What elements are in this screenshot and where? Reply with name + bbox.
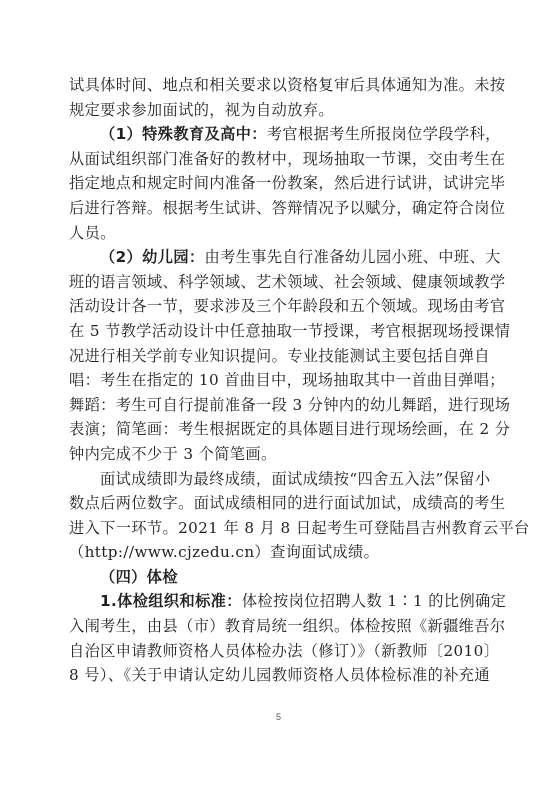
paragraph-interview-notice: 试具体时间、地点和相关要求以资格复审后具体通知为准。未按 规定要求参加面试的，视… xyxy=(69,73,489,122)
paragraph-physical-exam-standards: 1.体检组织和标准：体检按岗位招聘人数 1∶1 的比例确定 入闱考生，由县（市）… xyxy=(69,589,489,687)
text-line: 指定地点和规定时间内准备一份教案，然后进行试讲，试讲完毕 xyxy=(69,171,489,196)
text-line: 面试成绩即为最终成绩，面试成绩按“四舍五入法”保留小 xyxy=(69,467,489,492)
text-line: 数点后两位数字。面试成绩相同的进行面试加试，成绩高的考生 xyxy=(69,491,489,516)
text-line: 8 号）、《关于申请认定幼儿园教师资格人员体检标准的补充通 xyxy=(69,663,489,688)
text-line: 况进行相关学前专业知识提问。专业技能测试主要包括自弹自 xyxy=(69,344,489,369)
page-number: 5 xyxy=(0,712,557,722)
text-line: （1）特殊教育及高中：考官根据考生所报岗位学段学科， xyxy=(69,122,489,147)
text-span: 考官根据考生所报岗位学段学科， xyxy=(267,125,501,143)
text-line: 舞蹈：考生可自行提前准备一段 3 分钟内的幼儿舞蹈，进行现场 xyxy=(69,393,489,418)
paragraph-kindergarten: （2）幼儿园：由考生事先自行准备幼儿园小班、中班、大 班的语言领域、科学领域、艺… xyxy=(69,245,489,466)
text-line: 在 5 节教学活动设计中任意抽取一节授课，考官根据现场授课情 xyxy=(69,319,489,344)
text-line: （http://www.cjzedu.cn）查询面试成绩。 xyxy=(69,540,489,565)
text-line: （2）幼儿园：由考生事先自行准备幼儿园小班、中班、大 xyxy=(69,245,489,270)
section-heading: （2）幼儿园： xyxy=(100,248,205,266)
text-line: 试具体时间、地点和相关要求以资格复审后具体通知为准。未按 xyxy=(69,73,489,98)
text-span: 体检按岗位招聘人数 1∶1 的比例确定 xyxy=(242,592,506,610)
text-line: 1.体检组织和标准：体检按岗位招聘人数 1∶1 的比例确定 xyxy=(69,589,489,614)
text-line: 表演；简笔画：考生根据既定的具体题目进行现场绘画，在 2 分 xyxy=(69,417,489,442)
text-line: 入闱考生，由县（市）教育局统一组织。体检按照《新疆维吾尔 xyxy=(69,614,489,639)
paragraph-special-education-high-school: （1）特殊教育及高中：考官根据考生所报岗位学段学科， 从面试组织部门准备好的教材… xyxy=(69,122,489,245)
document-page: 试具体时间、地点和相关要求以资格复审后具体通知为准。未按 规定要求参加面试的，视… xyxy=(69,73,489,688)
section-heading-physical-exam: （四）体检 xyxy=(69,565,489,590)
text-line: 班的语言领域、科学领域、艺术领域、社会领域、健康领域教学 xyxy=(69,270,489,295)
text-line: 后进行答辩。根据考生试讲、答辩情况予以赋分，确定符合岗位 xyxy=(69,196,489,221)
text-line: 唱：考生在指定的 10 首曲目中，现场抽取其中一首曲目弹唱； xyxy=(69,368,489,393)
paragraph-interview-score: 面试成绩即为最终成绩，面试成绩按“四舍五入法”保留小 数点后两位数字。面试成绩相… xyxy=(69,467,489,565)
text-line: 进入下一环节。2021 年 8 月 8 日起考生可登陆昌吉州教育云平台 xyxy=(69,516,489,541)
text-line: 规定要求参加面试的，视为自动放弃。 xyxy=(69,98,489,123)
text-span: 由考生事先自行准备幼儿园小班、中班、大 xyxy=(205,248,501,266)
section-heading: （四）体检 xyxy=(69,565,489,590)
section-heading: （1）特殊教育及高中： xyxy=(100,125,267,143)
text-line: 自治区申请教师资格人员体检办法（修订）》（新教师〔2010〕 xyxy=(69,639,489,664)
text-line: 钟内完成不少于 3 个简笔画。 xyxy=(69,442,489,467)
section-heading: 1.体检组织和标准： xyxy=(100,592,242,610)
text-line: 活动设计各一节，要求涉及三个年龄段和五个领域。现场由考官 xyxy=(69,294,489,319)
text-line: 从面试组织部门准备好的教材中，现场抽取一节课，交由考生在 xyxy=(69,147,489,172)
text-line: 人员。 xyxy=(69,221,489,246)
